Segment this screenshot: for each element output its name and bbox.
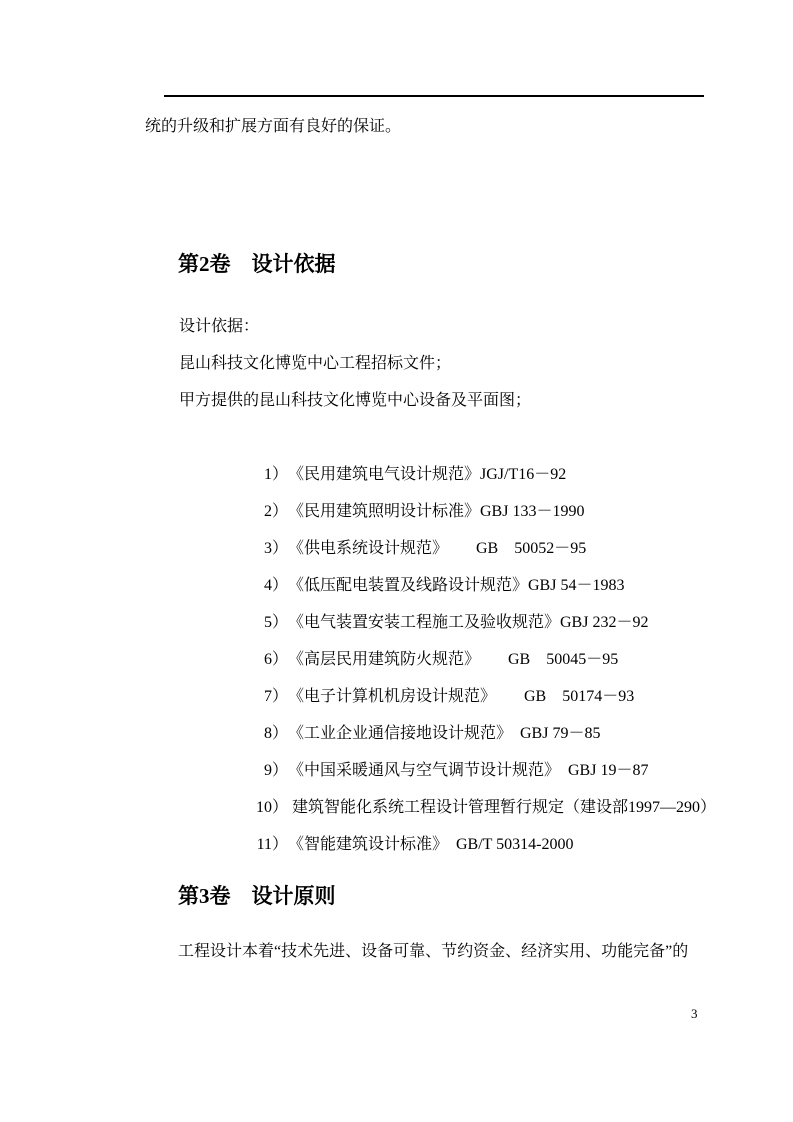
standard-item-number: 9） [244, 752, 288, 789]
design-basis-paragraph: 昆山科技文化博览中心工程招标文件； [145, 345, 745, 382]
standard-item-number: 11） [244, 826, 288, 863]
standard-list-item: 1）《民用建筑电气设计规范》JGJ/T16－92 [145, 419, 745, 456]
page-number: 3 [691, 1006, 698, 1022]
standard-item-number: 2） [244, 493, 288, 530]
standard-item-text: 《电子计算机机房设计规范》 GB 50174－93 [288, 688, 634, 705]
standard-item-text: 《工业企业通信接地设计规范》 GBJ 79－85 [288, 725, 600, 742]
standard-item-number: 7） [244, 678, 288, 715]
standard-item-text: 《电气装置安装工程施工及验收规范》GBJ 232－92 [288, 614, 648, 631]
design-principle-paragraph: 工程设计本着“技术先进、设备可靠、节约资金、经济实用、功能完备”的 [145, 933, 745, 970]
standard-item-number: 4） [244, 567, 288, 604]
section-heading-volume2: 第2卷 设计依据 [178, 252, 336, 276]
standards-list: 1）《民用建筑电气设计规范》JGJ/T16－92 2）《民用建筑照明设计标准》G… [145, 419, 745, 826]
standard-item-text: 《民用建筑电气设计规范》JGJ/T16－92 [288, 466, 566, 483]
standard-item-text: 《供电系统设计规范》 GB 50052－95 [288, 540, 586, 557]
standard-item-text: 《智能建筑设计标准》 GB/T 50314-2000 [288, 836, 574, 853]
standard-item-number: 8） [244, 715, 288, 752]
design-basis-paragraph: 甲方提供的昆山科技文化博览中心设备及平面图； [145, 382, 745, 419]
standard-item-text: 建筑智能化系统工程设计管理暂行规定（建设部1997—290） [288, 799, 716, 816]
standard-item-number: 1） [244, 456, 288, 493]
standard-item-text: 《民用建筑照明设计标准》GBJ 133－1990 [288, 503, 584, 520]
design-basis-lead: 设计依据： [145, 308, 745, 345]
standard-item-number: 10） [244, 789, 288, 826]
standard-item-number: 3） [244, 530, 288, 567]
document-page: 统的升级和扩展方面有良好的保证。 第2卷 设计依据 设计依据： 昆山科技文化博览… [0, 0, 793, 1122]
standard-item-text: 《高层民用建筑防火规范》 GB 50045－95 [288, 651, 618, 668]
section2-body: 设计依据： 昆山科技文化博览中心工程招标文件； 甲方提供的昆山科技文化博览中心设… [145, 308, 745, 826]
standard-item-text: 《中国采暖通风与空气调节设计规范》 GBJ 19－87 [288, 762, 648, 779]
standard-item-number: 5） [244, 604, 288, 641]
header-rule [164, 95, 704, 97]
section-heading-volume3: 第3卷 设计原则 [178, 884, 336, 908]
standard-item-text: 《低压配电装置及线路设计规范》GBJ 54－1983 [288, 577, 624, 594]
standard-item-number: 6） [244, 641, 288, 678]
paragraph-continuation: 统的升级和扩展方面有良好的保证。 [145, 108, 725, 145]
